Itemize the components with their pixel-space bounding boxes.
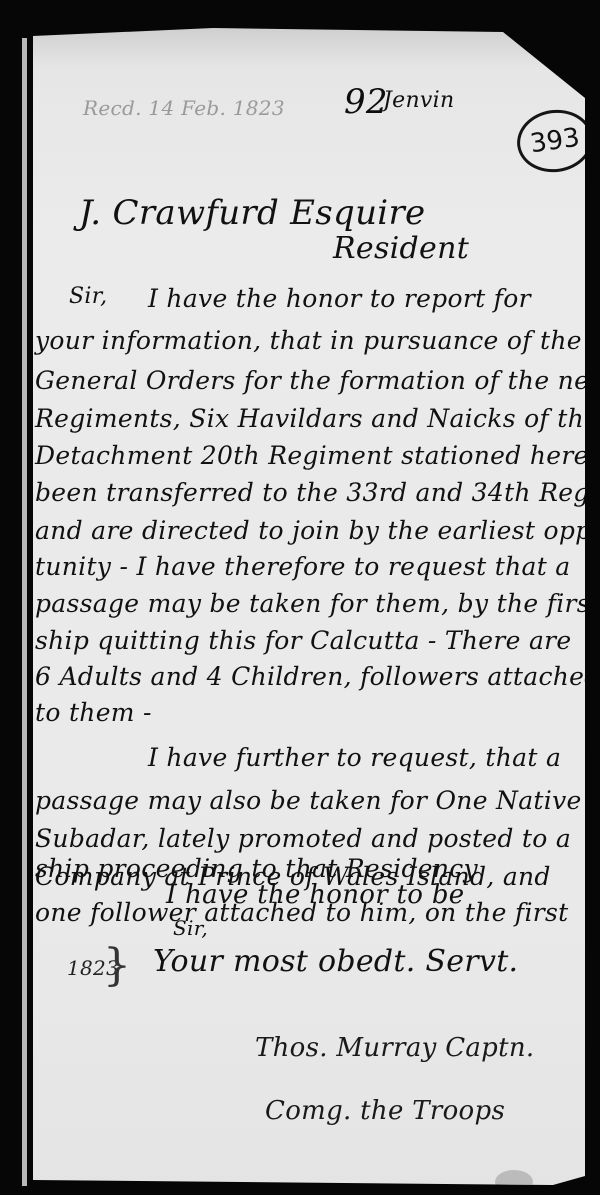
docket-note: Recd. 14 Feb. 1823 [83, 96, 285, 120]
closing-line: Your most obedt. Servt. [153, 944, 518, 979]
header-number: 92 [344, 82, 388, 122]
body-line: I have the honor to report for [148, 284, 531, 313]
body-line: 6 Adults and 4 Children, followers attac… [35, 662, 600, 691]
salutation: Sir, [69, 284, 107, 309]
body-line: to them - [35, 698, 152, 727]
body-line: your information, that in pursuance of t… [35, 326, 600, 355]
signature-title: Comg. the Troops [265, 1096, 505, 1126]
scan-frame: Recd. 14 Feb. 1823 92 Jenvin 393 J. Craw… [0, 0, 600, 1195]
margin-brace: } [103, 940, 131, 991]
body-line: passage may be taken for them, by the fi… [35, 589, 600, 618]
manuscript-page: Recd. 14 Feb. 1823 92 Jenvin 393 J. Craw… [33, 28, 585, 1195]
body-line: General Orders for the formation of the … [35, 366, 600, 395]
addressee-title: Resident [333, 231, 469, 266]
body-line: been transferred to the 33rd and 34th Re… [35, 478, 600, 507]
body-line: Regiments, Six Havildars and Naicks of t… [35, 404, 599, 433]
body-line: tunity - I have therefore to request tha… [35, 552, 571, 581]
ink-stain [495, 1170, 533, 1194]
folio-stamp: 393 [513, 105, 597, 177]
body-line: passage may also be taken for One Native [35, 786, 582, 815]
closing-line: Sir, [173, 916, 208, 940]
signature-name: Thos. Murray Captn. [255, 1033, 535, 1063]
body-line: and are directed to join by the earliest… [35, 516, 600, 545]
binding-edge [22, 38, 27, 1186]
header-annotation: Jenvin [383, 88, 454, 113]
folio-number: 393 [528, 123, 581, 160]
body-line: I have further to request, that a [148, 743, 561, 772]
body-line: Detachment 20th Regiment stationed here,… [35, 441, 600, 470]
body-line: ship quitting this for Calcutta - There … [35, 626, 572, 655]
addressee: J. Crawfurd Esquire [79, 193, 425, 233]
closing-line: I have the honor to be [166, 880, 464, 910]
body-line: ship proceeding to that Residency [35, 854, 478, 883]
body-line: Subadar, lately promoted and posted to a [35, 824, 571, 853]
